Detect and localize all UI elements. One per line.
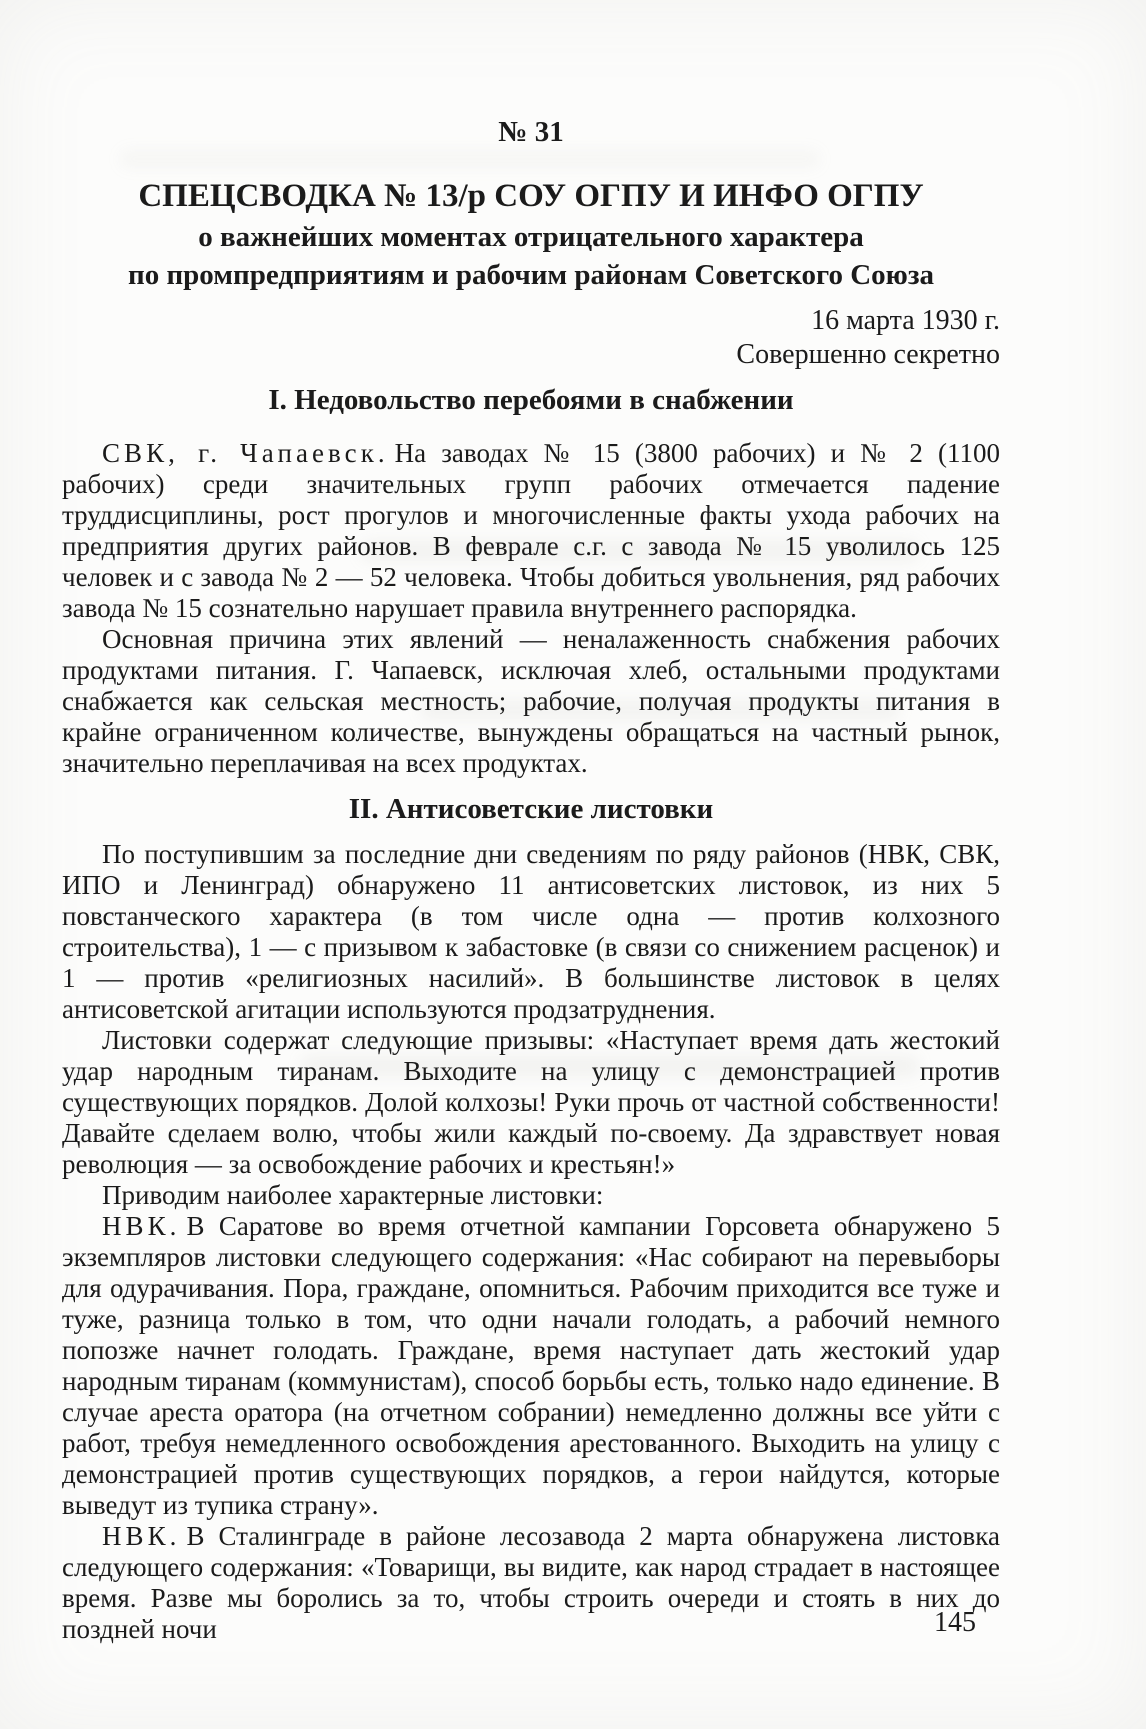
paragraph: Основная причина этих явлений — неналаже… (62, 624, 1000, 779)
section-1-heading: I. Недовольство перебоями в снабжении (62, 384, 1000, 416)
doc-subtitle-line1: о важнейших моментах отрицательного хара… (62, 218, 1000, 256)
paragraph-text: В Сталинграде в районе лесозавода 2 март… (62, 1521, 1000, 1644)
doc-subtitle-line2: по промпредприятиям и рабочим районам Со… (62, 256, 1000, 294)
paragraph: НВК.В Саратове во время отчетной кампани… (62, 1211, 1000, 1521)
paragraph-text: Основная причина этих явлений — неналаже… (62, 624, 1000, 778)
paragraph: СВК, г. Чапаевск.На заводах № 15 (3800 р… (62, 438, 1000, 624)
paragraph-lead: СВК, г. Чапаевск. (102, 438, 395, 468)
secrecy-label: Совершенно секретно (62, 338, 1000, 372)
section-1-body: СВК, г. Чапаевск.На заводах № 15 (3800 р… (62, 438, 1000, 779)
section-2-body: По поступившим за последние дни сведения… (62, 839, 1000, 1645)
doc-date: 16 марта 1930 г. (62, 304, 1000, 338)
date-block: 16 марта 1930 г. Совершенно секретно (62, 304, 1000, 372)
paragraph-text: По поступившим за последние дни сведения… (62, 839, 1000, 1024)
paragraph: По поступившим за последние дни сведения… (62, 839, 1000, 1025)
page-number: 145 (934, 1608, 976, 1638)
paragraph: НВК.В Сталинграде в районе лесозавода 2 … (62, 1521, 1000, 1645)
paragraph: Листовки содержат следующие призывы: «На… (62, 1025, 1000, 1180)
paragraph-text: Приводим наиболее характерные листовки: (102, 1180, 603, 1210)
paragraph-lead: НВК. (102, 1521, 186, 1551)
paragraph-text: Листовки содержат следующие призывы: «На… (62, 1025, 1000, 1179)
doc-number: № 31 (62, 114, 1000, 150)
paragraph: Приводим наиболее характерные листовки: (62, 1180, 1000, 1211)
document-page: № 31 СПЕЦСВОДКА № 13/р СОУ ОГПУ И ИНФО О… (0, 0, 1146, 1729)
page-content: № 31 СПЕЦСВОДКА № 13/р СОУ ОГПУ И ИНФО О… (62, 0, 1000, 1645)
paragraph-text: В Саратове во время отчетной кампании Го… (62, 1211, 1000, 1520)
paragraph-lead: НВК. (102, 1211, 186, 1241)
doc-title: СПЕЦСВОДКА № 13/р СОУ ОГПУ И ИНФО ОГПУ (62, 174, 1000, 218)
section-2-heading: II. Антисоветские листовки (62, 793, 1000, 825)
